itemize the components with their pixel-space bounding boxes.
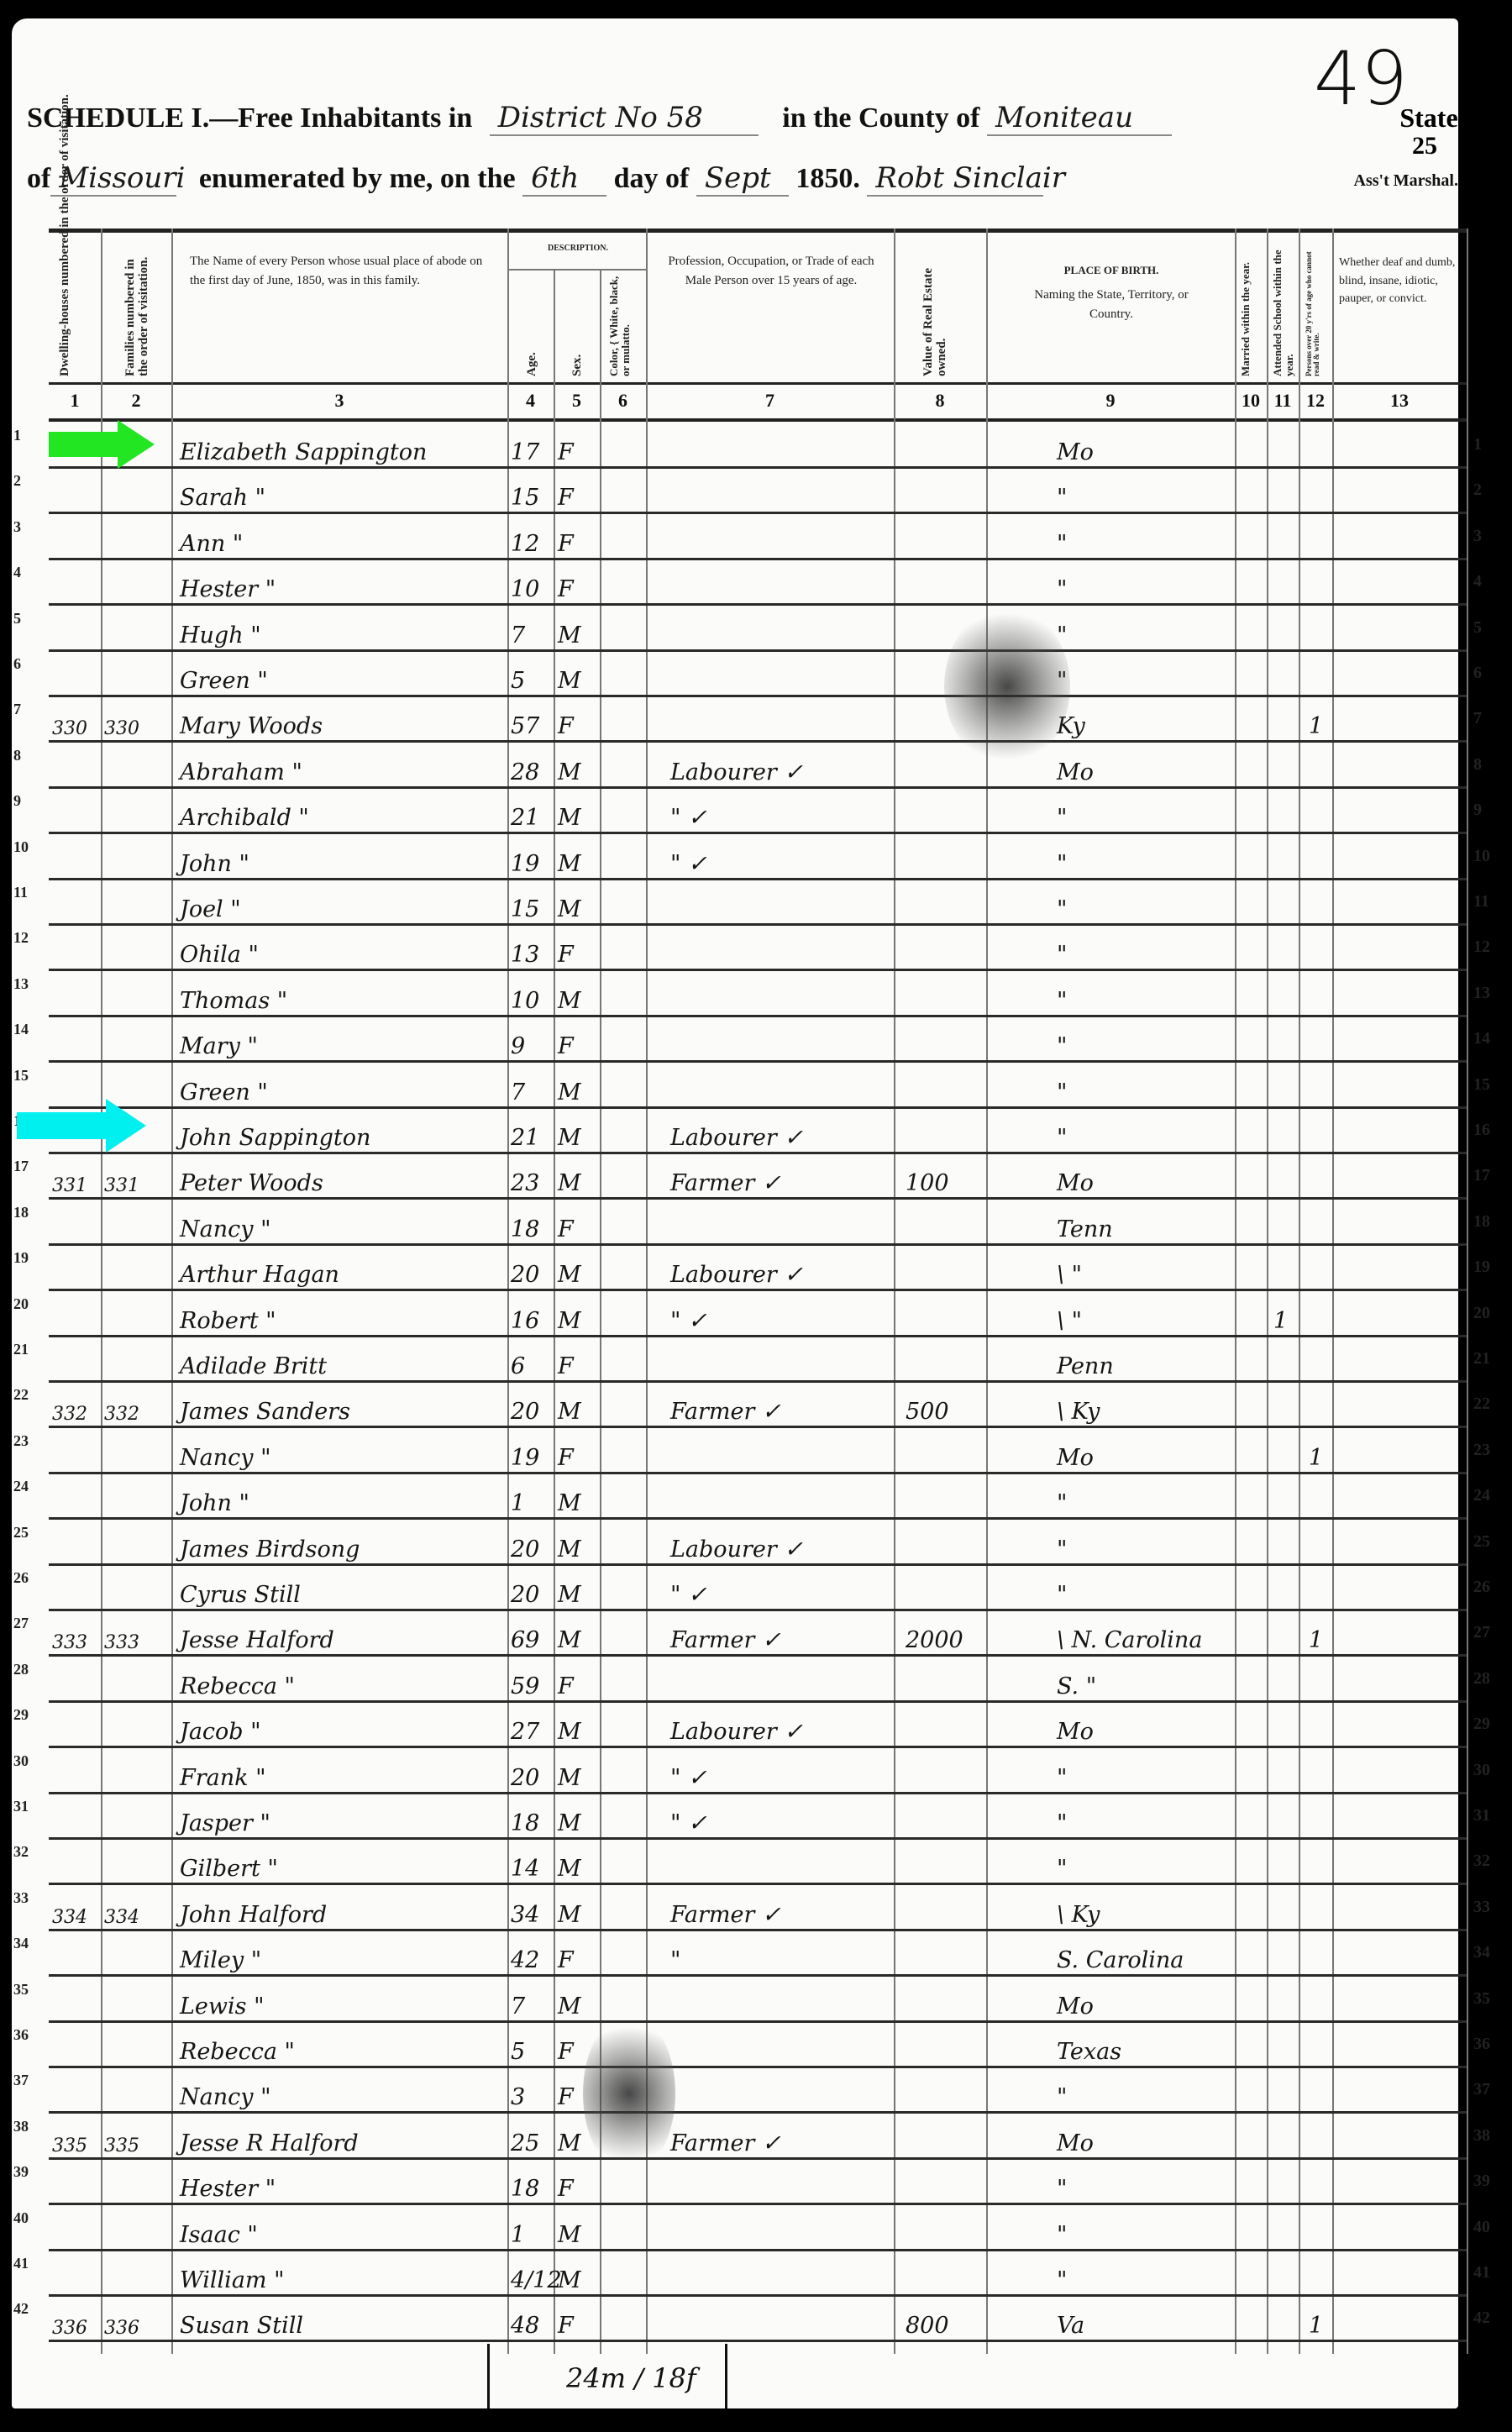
person-name: Mary Woods [180, 713, 323, 739]
line-number-right: 30 [1473, 1761, 1490, 1780]
state-label: State [1399, 102, 1458, 134]
state-number: 25 [1399, 132, 1450, 160]
line-number-left: 14 [13, 1021, 29, 1038]
marshal-label: Ass't Marshal. [1354, 171, 1458, 191]
col-number-10: 10 [1235, 390, 1267, 412]
age-value: 6 [511, 1353, 525, 1379]
occupation-value: " [670, 1947, 680, 1973]
person-name: Sarah " [180, 485, 265, 511]
sex-value: M [558, 2130, 581, 2156]
of-label: of [27, 163, 50, 194]
dwelling-number: 330 [52, 718, 87, 739]
person-name: Archibald " [180, 805, 309, 831]
age-value: 25 [511, 2130, 539, 2156]
person-name: Green " [180, 668, 268, 694]
line-number-right: 32 [1473, 1852, 1490, 1871]
table-row: 1111Joel "15M" [49, 880, 1467, 926]
birthplace-value: " [1057, 2222, 1067, 2248]
person-name: Isaac " [180, 2222, 258, 2248]
sex-value: M [558, 1627, 581, 1653]
line-number-right: 24 [1473, 1486, 1490, 1505]
sex-value: F [558, 2176, 574, 2202]
birthplace-value: " [1057, 1582, 1067, 1608]
table-row: 2828Rebecca "59FS. " [49, 1657, 1467, 1703]
occupation-value: " ✓ [670, 851, 707, 877]
sex-value: M [558, 1993, 581, 2020]
line-number-left: 26 [13, 1569, 29, 1587]
person-name: Hugh " [180, 622, 261, 649]
table-row: 4040Isaac "1M" [49, 2206, 1467, 2251]
col-number-7: 7 [646, 390, 894, 412]
line-number-right: 2 [1473, 481, 1482, 500]
line-number-left: 8 [13, 747, 21, 764]
person-name: William " [180, 2267, 285, 2293]
line-number-right: 6 [1473, 664, 1482, 683]
table-row: 2626Cyrus Still20M" ✓" [49, 1566, 1467, 1611]
line-number-left: 3 [13, 518, 21, 536]
age-value: 7 [511, 622, 525, 649]
occupation-value: Farmer ✓ [670, 1627, 781, 1653]
birthplace-value: Texas [1057, 2039, 1121, 2065]
sex-value: F [558, 1216, 574, 1242]
person-name: Joel " [180, 896, 241, 922]
table-row: 88Abraham "28MLabourer ✓Mo [49, 743, 1467, 789]
line-number-right: 20 [1473, 1304, 1490, 1323]
place-of-birth-title: PLACE OF BIRTH. [1006, 262, 1216, 279]
person-name: Arthur Hagan [180, 1262, 339, 1288]
table-row: 2121Adilade Britt6FPenn [49, 1337, 1467, 1383]
person-name: Rebecca " [180, 1673, 295, 1699]
col-1-header: Dwelling-houses numbered in the order of… [59, 94, 72, 376]
line-number-left: 35 [13, 1981, 29, 1999]
person-name: Robert " [180, 1308, 276, 1334]
age-value: 18 [511, 1216, 539, 1242]
col-7-header: Profession, Occupation, or Trade of each… [662, 252, 880, 292]
line-number-right: 11 [1473, 892, 1489, 911]
county-label: in the County of [782, 102, 979, 134]
sex-value: M [558, 1079, 581, 1106]
line-number-left: 18 [13, 1204, 29, 1221]
birthplace-value: Tenn [1057, 1216, 1113, 1242]
line-number-left: 33 [13, 1889, 29, 1907]
person-name: Frank " [180, 1765, 266, 1791]
family-number: 332 [104, 1404, 139, 1425]
person-name: Green " [180, 1079, 268, 1106]
line-number-right: 38 [1473, 2126, 1490, 2146]
birthplace-value: Mo [1057, 439, 1094, 465]
line-number-left: 29 [13, 1706, 29, 1724]
line-number-right: 9 [1473, 801, 1482, 820]
line-number-left: 4 [13, 564, 21, 581]
enumerated-label: enumerated by me, on the [199, 163, 516, 194]
person-name: Gilbert " [180, 1856, 278, 1882]
dwelling-number: 331 [52, 1175, 87, 1196]
occupation-value: " ✓ [670, 805, 707, 831]
age-value: 7 [511, 1079, 525, 1106]
person-name: Nancy " [180, 1445, 271, 1471]
age-value: 69 [511, 1627, 539, 1653]
sex-value: M [558, 805, 581, 831]
age-value: 59 [511, 1673, 539, 1699]
occupation-value: " ✓ [670, 1810, 707, 1836]
person-name: Nancy " [180, 2084, 271, 2110]
family-number: 334 [104, 1907, 139, 1928]
age-value: 20 [511, 1582, 539, 1608]
age-value: 13 [511, 942, 539, 968]
line-number-right: 42 [1473, 2309, 1490, 2328]
line-number-right: 19 [1473, 1258, 1490, 1277]
person-name: Lewis " [180, 1993, 265, 2020]
age-value: 21 [511, 1125, 539, 1151]
line-number-left: 41 [13, 2255, 29, 2272]
sex-value: F [558, 1353, 574, 1379]
sex-value: F [558, 485, 574, 511]
day-field: 6th [522, 161, 606, 197]
col-3-header: The Name of every Person whose usual pla… [190, 252, 501, 292]
person-name: Adilade Britt [180, 1353, 327, 1379]
description-group-label: DESCRIPTION. [519, 242, 637, 255]
place-of-birth-sub: Naming the State, Territory, or Country. [1023, 286, 1200, 325]
birthplace-value: " [1057, 851, 1067, 877]
line-number-right: 10 [1473, 847, 1490, 866]
table-row: 2020Robert "16M" ✓\ "1 [49, 1292, 1467, 1337]
family-number: 330 [104, 718, 139, 739]
occupation-value: " ✓ [670, 1765, 707, 1791]
person-name: John " [180, 1490, 249, 1516]
table-row: 99Archibald "21M" ✓" [49, 789, 1467, 834]
line-number-left: 22 [13, 1386, 29, 1404]
schedule-header-line-2: ofMissouri enumerated by me, on the 6th … [27, 161, 1043, 197]
family-number: 335 [104, 2135, 139, 2156]
table-row: 2424John "1M" [49, 1474, 1467, 1520]
col-number-12: 12 [1299, 390, 1332, 412]
person-name: John " [180, 851, 249, 877]
table-row: 1010John "19M" ✓" [49, 835, 1467, 880]
line-number-right: 18 [1473, 1212, 1490, 1232]
age-value: 17 [511, 439, 539, 465]
table-row: 1616John Sappington21MLabourer ✓" [49, 1109, 1467, 1154]
footer-tally-note: 24m / 18f [566, 2362, 696, 2394]
table-row: 1414Mary "9F" [49, 1017, 1467, 1063]
birthplace-value: " [1057, 1856, 1067, 1882]
line-number-right: 36 [1473, 2035, 1490, 2054]
line-number-left: 10 [13, 838, 29, 856]
county-field: Moniteau [987, 101, 1172, 136]
birthplace-value: " [1057, 1490, 1067, 1516]
line-number-left: 30 [13, 1752, 29, 1770]
age-value: 28 [511, 759, 539, 785]
sex-value: F [558, 439, 574, 465]
table-row: 44Hester "10F" [49, 560, 1467, 606]
person-name: Hester " [180, 2176, 276, 2202]
line-number-right: 41 [1473, 2263, 1490, 2282]
sex-value: F [558, 576, 574, 602]
birthplace-value: Va [1057, 2313, 1084, 2339]
person-name: Elizabeth Sappington [180, 439, 427, 465]
occupation-value: " ✓ [670, 1308, 707, 1334]
birthplace-value: " [1057, 942, 1067, 968]
line-number-left: 27 [13, 1615, 29, 1632]
sex-value: M [558, 668, 581, 694]
birthplace-value: " [1057, 485, 1067, 511]
line-number-left: 5 [13, 610, 21, 628]
age-value: 19 [511, 1445, 539, 1471]
table-row: 1212Ohila "13F" [49, 926, 1467, 971]
person-name: Hester " [180, 576, 276, 602]
line-number-right: 22 [1473, 1395, 1490, 1414]
col-number-9: 9 [986, 390, 1235, 412]
person-name: James Birdsong [180, 1536, 360, 1563]
sex-value: F [558, 2313, 574, 2339]
col-11-header: Attended School within the year. [1272, 242, 1294, 376]
person-name: Peter Woods [180, 1170, 323, 1196]
real-estate-value: 500 [906, 1399, 949, 1425]
age-value: 1 [511, 2222, 525, 2248]
table-row: 4141William "4/12M" [49, 2251, 1467, 2297]
col-10-header: Married within the year. [1240, 242, 1252, 376]
person-name: Jesse Halford [180, 1627, 334, 1653]
age-value: 10 [511, 988, 539, 1014]
table-row: 22Sarah "15F" [49, 469, 1467, 514]
age-value: 18 [511, 2176, 539, 2202]
sex-value: M [558, 988, 581, 1014]
line-number-left: 17 [13, 1158, 29, 1175]
line-number-left: 39 [13, 2163, 29, 2181]
table-row: 1515Green "7M" [49, 1064, 1467, 1109]
ink-smudge [583, 2014, 675, 2173]
birthplace-value: Mo [1057, 2130, 1094, 2156]
birthplace-value: \ N. Carolina [1057, 1627, 1202, 1653]
age-value: 14 [511, 1856, 539, 1882]
occupation-value: Farmer ✓ [670, 1170, 781, 1196]
sex-value: M [558, 2267, 581, 2293]
occupation-value: Labourer ✓ [670, 1719, 803, 1745]
line-number-right: 8 [1473, 755, 1482, 775]
line-number-right: 25 [1473, 1532, 1490, 1552]
age-value: 27 [511, 1719, 539, 1745]
line-number-left: 1 [13, 427, 21, 444]
person-name: Ann " [180, 531, 243, 557]
birthplace-value: " [1057, 1079, 1067, 1106]
line-number-left: 34 [13, 1935, 29, 1952]
table-row: 2323Nancy "19FMo1 [49, 1429, 1467, 1474]
sex-value: M [558, 1856, 581, 1882]
person-name: Jasper " [180, 1810, 270, 1836]
age-value: 20 [511, 1399, 539, 1425]
table-row: 1818Nancy "18FTenn [49, 1200, 1467, 1246]
table-row: 2525James Birdsong20MLabourer ✓" [49, 1521, 1467, 1566]
birthplace-value: " [1057, 896, 1067, 922]
sex-value: M [558, 759, 581, 785]
sex-value: M [558, 1170, 581, 1196]
dwelling-number: 333 [52, 1632, 87, 1653]
line-number-left: 24 [13, 1478, 29, 1495]
col-number-8: 8 [894, 390, 986, 412]
person-name: Abraham " [180, 759, 302, 785]
table-row: 3131Jasper "18M" ✓" [49, 1794, 1467, 1840]
table-row: 4242336336Susan Still48F800Va1 [49, 2297, 1467, 2342]
occupation-value: Labourer ✓ [670, 1262, 803, 1288]
birthplace-value: \ " [1057, 1308, 1082, 1334]
person-name: Cyrus Still [180, 1582, 301, 1608]
person-name: Mary " [180, 1033, 258, 1059]
table-row: 2929Jacob "27MLabourer ✓Mo [49, 1703, 1467, 1748]
table-row: 1313Thomas "10M" [49, 972, 1467, 1017]
cyan-arrow-icon [17, 1099, 151, 1153]
line-number-right: 14 [1473, 1029, 1490, 1048]
col-number-5: 5 [554, 390, 600, 412]
line-number-left: 15 [13, 1067, 29, 1085]
table-row: 66Green "5M" [49, 652, 1467, 697]
line-number-left: 36 [13, 2026, 29, 2044]
col-number-13: 13 [1332, 390, 1467, 412]
sex-value: M [558, 2222, 581, 2248]
sex-value: F [558, 713, 574, 739]
birthplace-value: " [1057, 805, 1067, 831]
occupation-value: " ✓ [670, 1582, 707, 1608]
line-number-right: 12 [1473, 938, 1490, 957]
sex-value: M [558, 1536, 581, 1563]
table-row: 55Hugh "7M" [49, 607, 1467, 652]
illiterate-mark: 1 [1309, 2313, 1323, 2339]
illiterate-mark: 1 [1309, 713, 1323, 739]
line-number-right: 26 [1473, 1578, 1490, 1597]
line-number-right: 15 [1473, 1075, 1490, 1095]
row-rule [49, 2340, 1467, 2342]
green-arrow-icon [49, 420, 158, 469]
age-value: 20 [511, 1262, 539, 1288]
table-row: 1717331331Peter Woods23MFarmer ✓100Mo [49, 1154, 1467, 1200]
table-row: 3030Frank "20M" ✓" [49, 1749, 1467, 1794]
sex-value: M [558, 851, 581, 877]
dwelling-number: 332 [52, 1404, 87, 1425]
sex-value: F [558, 1033, 574, 1059]
line-number-right: 35 [1473, 1989, 1490, 2009]
age-value: 4/12 [511, 2267, 562, 2293]
line-number-left: 13 [13, 975, 29, 993]
age-value: 9 [511, 1033, 525, 1059]
birthplace-value: Penn [1057, 1353, 1114, 1379]
person-name: Ohila " [180, 942, 259, 968]
person-name: John Sappington [180, 1125, 370, 1151]
sex-value: M [558, 1719, 581, 1745]
illiterate-mark: 1 [1309, 1445, 1323, 1471]
day-of-label: day of [614, 163, 690, 194]
occupation-value: Labourer ✓ [670, 759, 803, 785]
age-value: 7 [511, 1993, 525, 2020]
line-number-right: 13 [1473, 984, 1490, 1003]
birthplace-value: \ Ky [1057, 1902, 1100, 1928]
age-value: 12 [511, 531, 539, 557]
col-6-header: Color, { White, black, or mulatto. [608, 276, 631, 376]
line-number-left: 6 [13, 655, 21, 673]
marshal-name: Robt Sinclair [867, 161, 1043, 197]
person-name: Jesse R Halford [180, 2130, 359, 2156]
table-row: 2727333333Jesse Halford69MFarmer ✓2000\ … [49, 1611, 1467, 1657]
line-number-left: 21 [13, 1341, 29, 1358]
page-number: 49 [1314, 35, 1408, 122]
sex-value: F [558, 1947, 574, 1973]
sex-value: M [558, 1262, 581, 1288]
birthplace-value: " [1057, 2176, 1067, 2202]
dwelling-number: 335 [52, 2135, 87, 2156]
table-row: 3636Rebecca "5FTexas [49, 2023, 1467, 2068]
age-value: 48 [511, 2313, 539, 2339]
sex-value: F [558, 531, 574, 557]
line-number-left: 11 [13, 884, 28, 901]
age-value: 18 [511, 1810, 539, 1836]
sex-value: M [558, 1490, 581, 1516]
line-number-left: 20 [13, 1295, 29, 1313]
line-number-left: 2 [13, 472, 21, 490]
line-number-right: 7 [1473, 709, 1482, 728]
line-number-left: 9 [13, 792, 21, 810]
description-group-rule [507, 269, 646, 271]
line-number-right: 3 [1473, 527, 1482, 546]
col-divider-13 [1467, 228, 1468, 2354]
age-value: 19 [511, 851, 539, 877]
line-number-right: 16 [1473, 1121, 1490, 1140]
ink-smudge [944, 607, 1070, 766]
line-number-right: 39 [1473, 2172, 1490, 2191]
line-number-left: 12 [13, 929, 29, 947]
dwelling-number: 334 [52, 1907, 87, 1928]
age-value: 20 [511, 1765, 539, 1791]
age-value: 3 [511, 2084, 525, 2110]
sex-value: M [558, 1399, 581, 1425]
age-value: 20 [511, 1536, 539, 1563]
birthplace-value: " [1057, 1033, 1067, 1059]
table-row: 3838335335Jesse R Halford25MFarmer ✓Mo [49, 2114, 1467, 2160]
birthplace-value: " [1057, 1536, 1067, 1563]
real-estate-value: 2000 [906, 1627, 963, 1653]
person-name: Rebecca " [180, 2039, 295, 2065]
occupation-value: Labourer ✓ [670, 1536, 803, 1563]
person-name: James Sanders [180, 1399, 350, 1425]
sex-value: F [558, 2039, 574, 2065]
sex-value: F [558, 942, 574, 968]
occupation-value: Labourer ✓ [670, 1125, 803, 1151]
sex-value: M [558, 896, 581, 922]
birthplace-value: " [1057, 988, 1067, 1014]
dwelling-number: 336 [52, 2318, 87, 2339]
column-number-rule [49, 418, 1468, 422]
line-number-right: 17 [1473, 1166, 1490, 1185]
table-row: 3434Miley "42F"S. Carolina [49, 1931, 1467, 1977]
occupation-value: Farmer ✓ [670, 1902, 781, 1928]
birthplace-value: " [1057, 1810, 1067, 1836]
line-number-left: 42 [13, 2300, 29, 2318]
table-row: 1919Arthur Hagan20MLabourer ✓\ " [49, 1246, 1467, 1291]
col-4-header: Age. [526, 352, 539, 376]
table-row: 33Ann "12F" [49, 515, 1467, 560]
family-number: 336 [104, 2318, 139, 2339]
age-value: 5 [511, 668, 525, 694]
schedule-header-line-1: SCHEDULE I.—Free Inhabitants in District… [27, 101, 1172, 136]
table-row: 3737Nancy "3F" [49, 2068, 1467, 2114]
sex-value: F [558, 2084, 574, 2110]
line-number-left: 7 [13, 701, 21, 718]
birthplace-value: Mo [1057, 1993, 1094, 2020]
age-value: 15 [511, 485, 539, 511]
line-number-right: 29 [1473, 1715, 1490, 1734]
sex-value: M [558, 1308, 581, 1334]
birthplace-value: Mo [1057, 759, 1094, 785]
family-number: 331 [104, 1175, 139, 1196]
birthplace-value: " [1057, 1765, 1067, 1791]
line-number-right: 21 [1473, 1349, 1490, 1368]
table-row: 11Elizabeth Sappington17FMo [49, 423, 1467, 469]
